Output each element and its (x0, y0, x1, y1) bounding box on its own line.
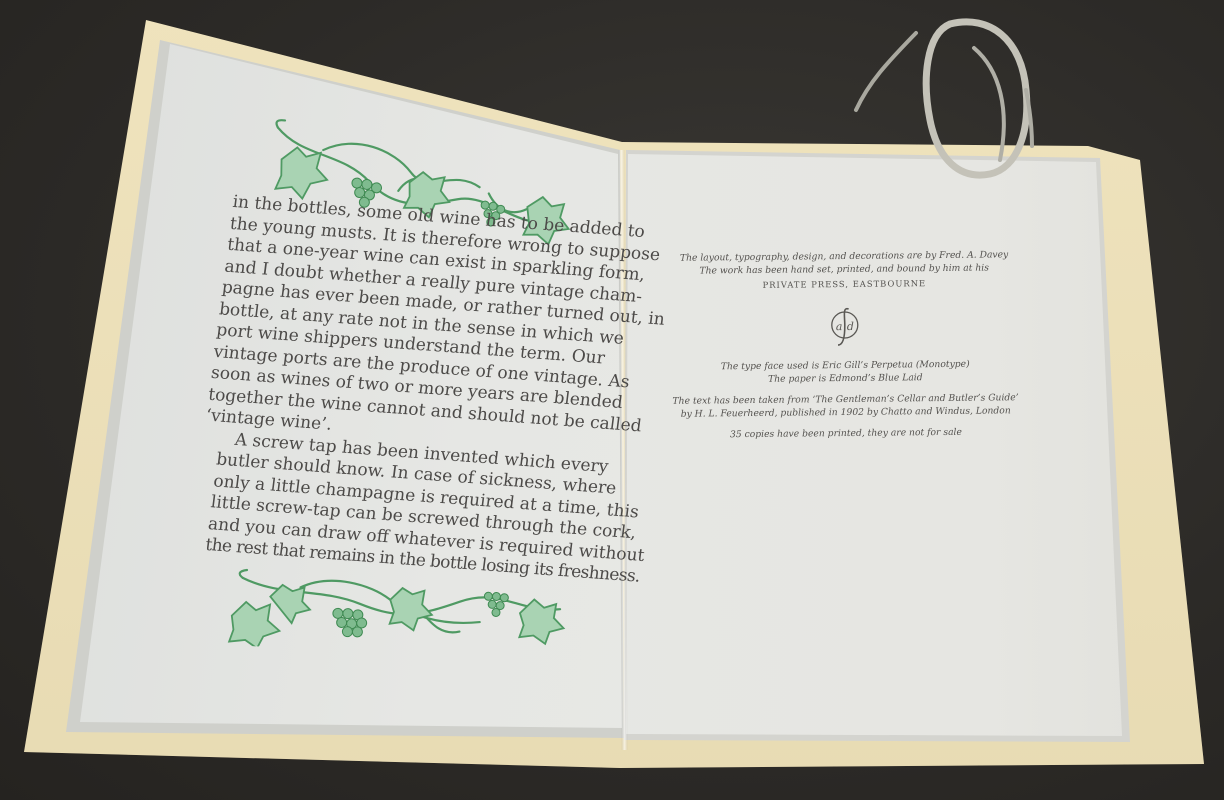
svg-text:d: d (847, 320, 854, 333)
svg-text:a: a (836, 320, 843, 333)
colophon: The layout, typography, design, and deco… (659, 248, 1031, 442)
colophon-press-name: PRIVATE PRESS, EASTBOURNE (659, 276, 1029, 293)
vine-ornament-bottom-icon (219, 565, 581, 654)
colophon-work-line: The work has been hand set, printed, and… (659, 261, 1029, 278)
metal-bookmark-icon (850, 0, 1080, 200)
paragraph-2: A screw tap has been invented which ever… (188, 427, 549, 580)
afd-monogram-icon: a d (825, 305, 865, 349)
paragraph-1: in the bottles, some old wine has to be … (204, 192, 579, 452)
left-page-text: in the bottles, some old wine has to be … (188, 192, 579, 580)
